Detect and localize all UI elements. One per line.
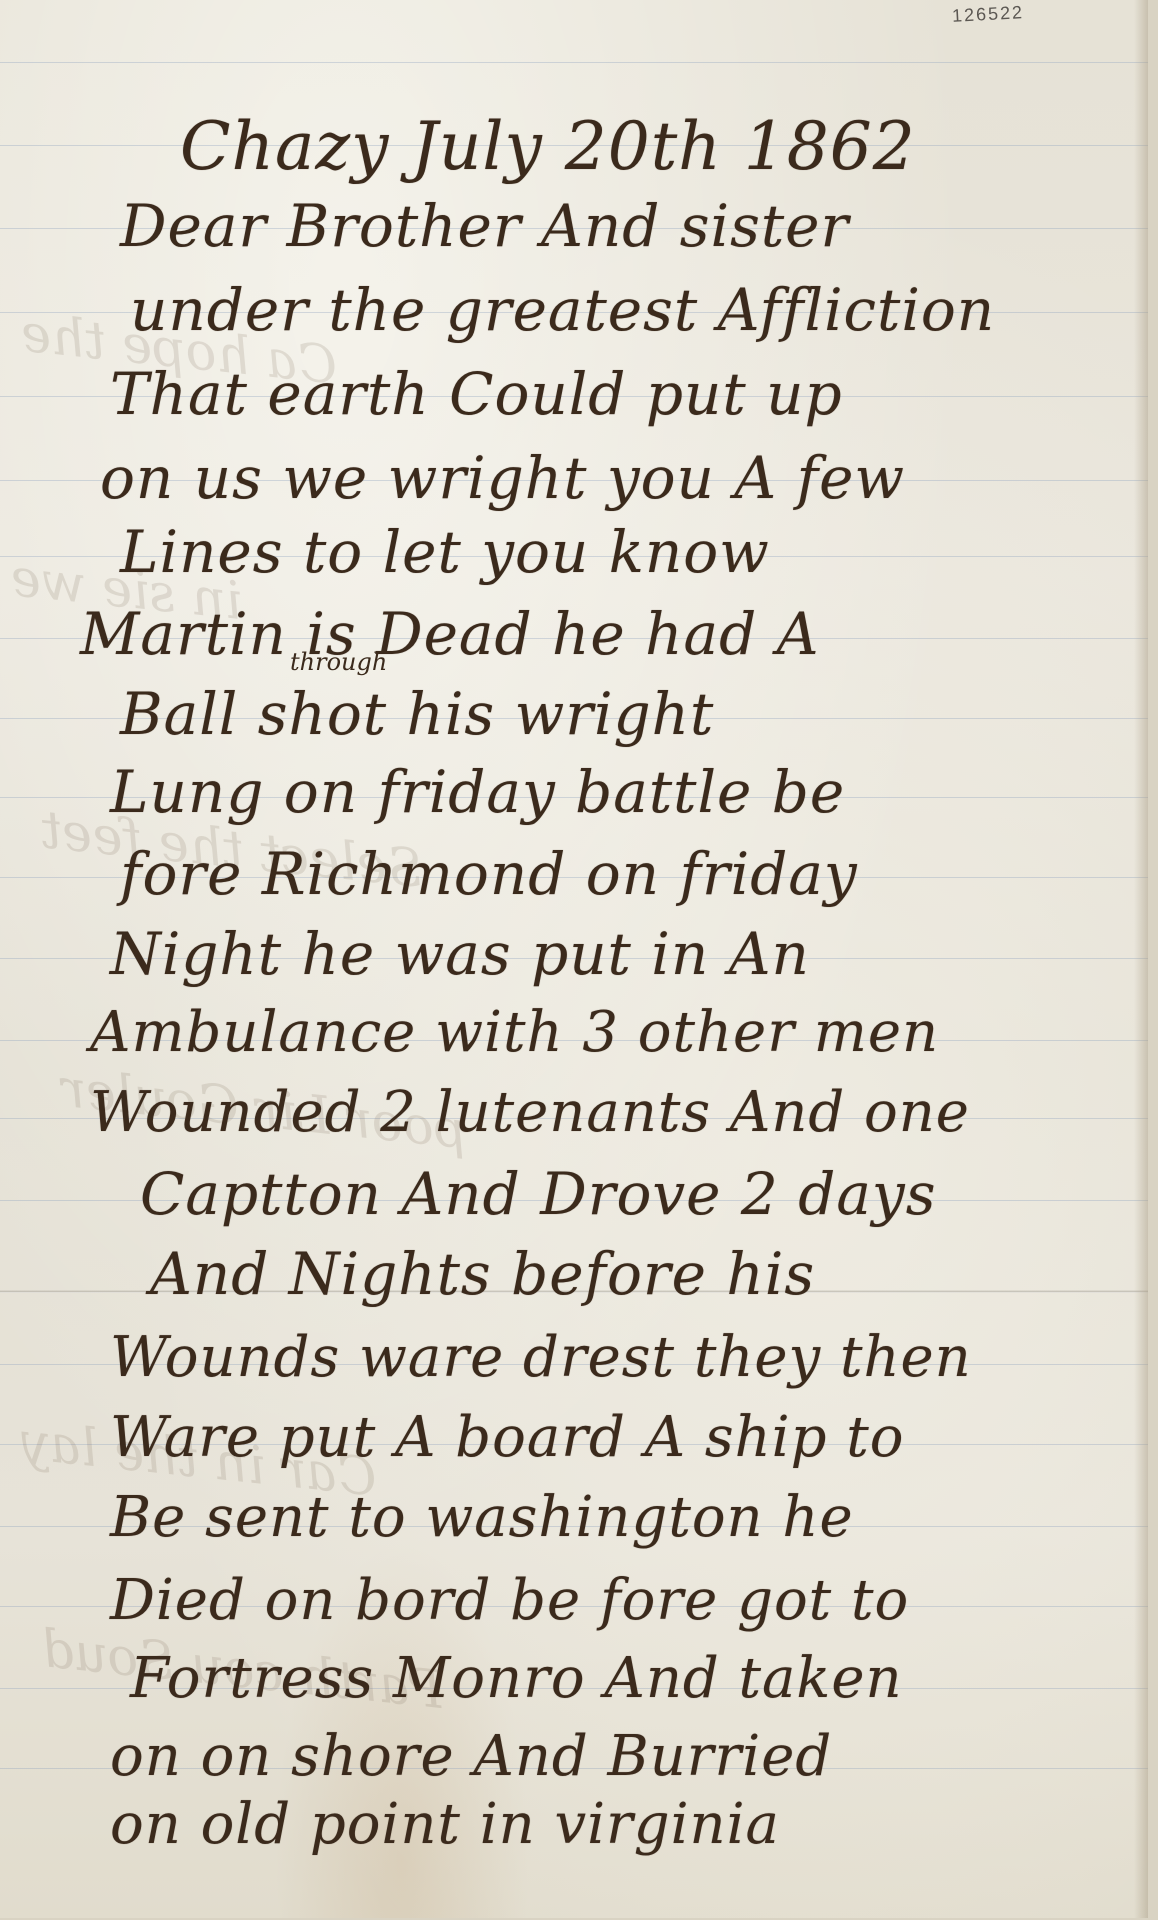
letter-line: Died on bord be fore got to (110, 1568, 909, 1633)
letter-line: Be sent to washington he (110, 1485, 854, 1550)
letter-salutation: Dear Brother And sister (120, 192, 849, 260)
ruled-line (0, 62, 1148, 63)
letter-line: Wounds ware drest they then (110, 1325, 972, 1390)
letter-heading: Chazy July 20th 1862 (180, 108, 916, 185)
letter-line: Martin is Dead he had A (80, 600, 820, 668)
letter-line: And Nights before his (150, 1240, 815, 1308)
letter-line: under the greatest Affliction (130, 276, 995, 344)
letter-line: on on shore And Burried (110, 1724, 832, 1789)
letter-line: on us we wright you A few (100, 444, 905, 512)
letter-line: Ambulance with 3 other men (90, 1000, 939, 1065)
archive-number: 126522 (951, 2, 1024, 27)
letter-line: fore Richmond on friday (120, 840, 858, 908)
letter-line: on old point in virginia (110, 1792, 780, 1857)
letter-page: Ca hope the in sie we Select the feet po… (0, 0, 1148, 1918)
letter-line: Ware put A board A ship to (110, 1405, 904, 1470)
letter-line: Fortress Monro And taken (130, 1646, 903, 1711)
letter-line: Lines to let you know (120, 518, 770, 586)
interlinear-insert: through (290, 648, 387, 676)
letter-line: Ball shot his wright (120, 680, 714, 748)
letter-line: Wounded 2 lutenants And one (90, 1080, 970, 1145)
paper-edge (1134, 0, 1148, 1918)
letter-line: Captton And Drove 2 days (140, 1160, 936, 1228)
letter-line: Night he was put in An (110, 920, 810, 988)
letter-line: Lung on friday battle be (110, 758, 845, 826)
letter-line: That earth Could put up (110, 360, 843, 428)
